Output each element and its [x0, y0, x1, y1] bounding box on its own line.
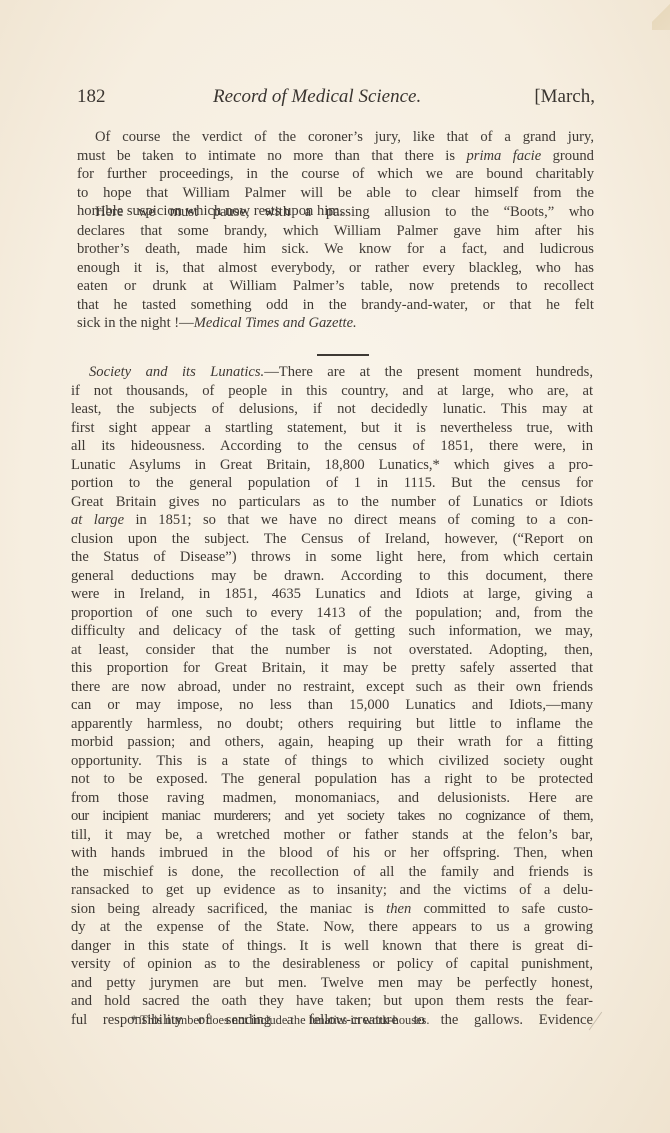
italic-word: then [386, 901, 411, 917]
paragraph-boots-allusion: Here we must pause, with a passing allus… [77, 203, 594, 333]
text-line: apparently harmless, no doubt; others re… [71, 715, 593, 734]
text-fragment: in 1851; so that we have no direct means… [124, 512, 593, 528]
text-line: difficulty and delicacy of the task of g… [71, 622, 593, 641]
text-line: Society and its Lunatics.—There are at t… [71, 363, 593, 382]
page-number: 182 [77, 86, 106, 108]
text-line: our incipient maniac murderers; and yet … [71, 807, 593, 826]
text-line: that he tasted something odd in the bran… [77, 296, 594, 315]
article-title: Society and its Lunatics. [89, 364, 264, 380]
text-line: least, the subjects of delusions, if not… [71, 400, 593, 419]
running-month: [March, [534, 86, 595, 108]
page-header: 182 Record of Medical Science. [March, [77, 86, 595, 112]
source-citation: Medical Times and Gazette. [194, 315, 357, 331]
text-line: portion to the general population of 1 i… [71, 474, 593, 493]
article-society-and-lunatics: Society and its Lunatics.—There are at t… [71, 363, 593, 1029]
text-line: danger in this state of things. It is we… [71, 937, 593, 956]
scanned-page: 182 Record of Medical Science. [March, O… [0, 0, 670, 1133]
text-line: eaten or drunk at William Palmer’s table… [77, 277, 594, 296]
text-line: not to be exposed. The general populatio… [71, 770, 593, 789]
text-line: and petty jurymen are but men. Twelve me… [71, 974, 593, 993]
text-line: declares that some brandy, which William… [77, 222, 594, 241]
text-line: at large in 1851; so that we have no dir… [71, 511, 593, 530]
text-line: Here we must pause, with a passing allus… [77, 203, 594, 222]
text-line: morbid passion; and others, again, heapi… [71, 733, 593, 752]
text-line: sick in the night !—Medical Times and Ga… [77, 314, 594, 333]
text-line: the mischief is done, the recollection o… [71, 863, 593, 882]
text-line: and hold sacred the oath they have taken… [71, 992, 593, 1011]
text-line: dy at the expense of the State. Now, the… [71, 918, 593, 937]
text-fragment: —There are at the present moment hundred… [264, 364, 593, 380]
text-line: clusion upon the subject. The Census of … [71, 530, 593, 549]
text-line: were in Ireland, in 1851, 4635 Lunatics … [71, 585, 593, 604]
text-line: with hands imbrued in the blood of his o… [71, 844, 593, 863]
text-line: at least, consider that the number is no… [71, 641, 593, 660]
text-line: Lunatic Asylums in Great Britain, 18,800… [71, 456, 593, 475]
text-fragment: sion being already sacrificed, the mania… [71, 901, 386, 917]
text-fragment: sick in the night !— [77, 315, 194, 331]
text-line: if not thousands, of people in this coun… [71, 382, 593, 401]
text-line: the Status of Disease”) throws in some l… [71, 548, 593, 567]
text-line: proportion of one such to every 1413 of … [71, 604, 593, 623]
text-line: Of course the verdict of the coroner’s j… [77, 128, 594, 147]
text-fragment: committed to safe custo- [411, 901, 593, 917]
italic-phrase: at large [71, 512, 124, 528]
text-line: Great Britain gives no particulars as to… [71, 493, 593, 512]
text-line: this proportion for Great Britain, it ma… [71, 659, 593, 678]
text-line: brother’s death, made him sick. We know … [77, 240, 594, 259]
text-line: versity of opinion as to the desirablene… [71, 955, 593, 974]
text-line: for further proceedings, in the course o… [77, 165, 594, 184]
text-line: till, it may be, a wretched mother or fa… [71, 826, 593, 845]
text-line: first sight appear a startling statement… [71, 419, 593, 438]
text-line: opportunity. This is a state of things t… [71, 752, 593, 771]
running-title: Record of Medical Science. [213, 86, 421, 108]
text-line: general deductions may be drawn. Accordi… [71, 567, 593, 586]
text-line: enough it is, that almost everybody, or … [77, 259, 594, 278]
text-line: there are now abroad, under no restraint… [71, 678, 593, 697]
text-line: must be taken to intimate no more than t… [77, 147, 594, 166]
text-line: can or may impose, no less than 15,000 L… [71, 696, 593, 715]
text-line: all its hideousness. According to the ce… [71, 437, 593, 456]
text-line: from those raving madmen, monomaniacs, a… [71, 789, 593, 808]
page-corner [652, 0, 670, 30]
italic-phrase: prima facie [466, 148, 541, 164]
text-line: sion being already sacrificed, the mania… [71, 900, 593, 919]
footnote: * This number does not include the lunat… [131, 1013, 429, 1028]
text-line: to hope that William Palmer will be able… [77, 184, 594, 203]
text-line: ransacked to get up evidence as to insan… [71, 881, 593, 900]
section-divider [317, 354, 369, 356]
